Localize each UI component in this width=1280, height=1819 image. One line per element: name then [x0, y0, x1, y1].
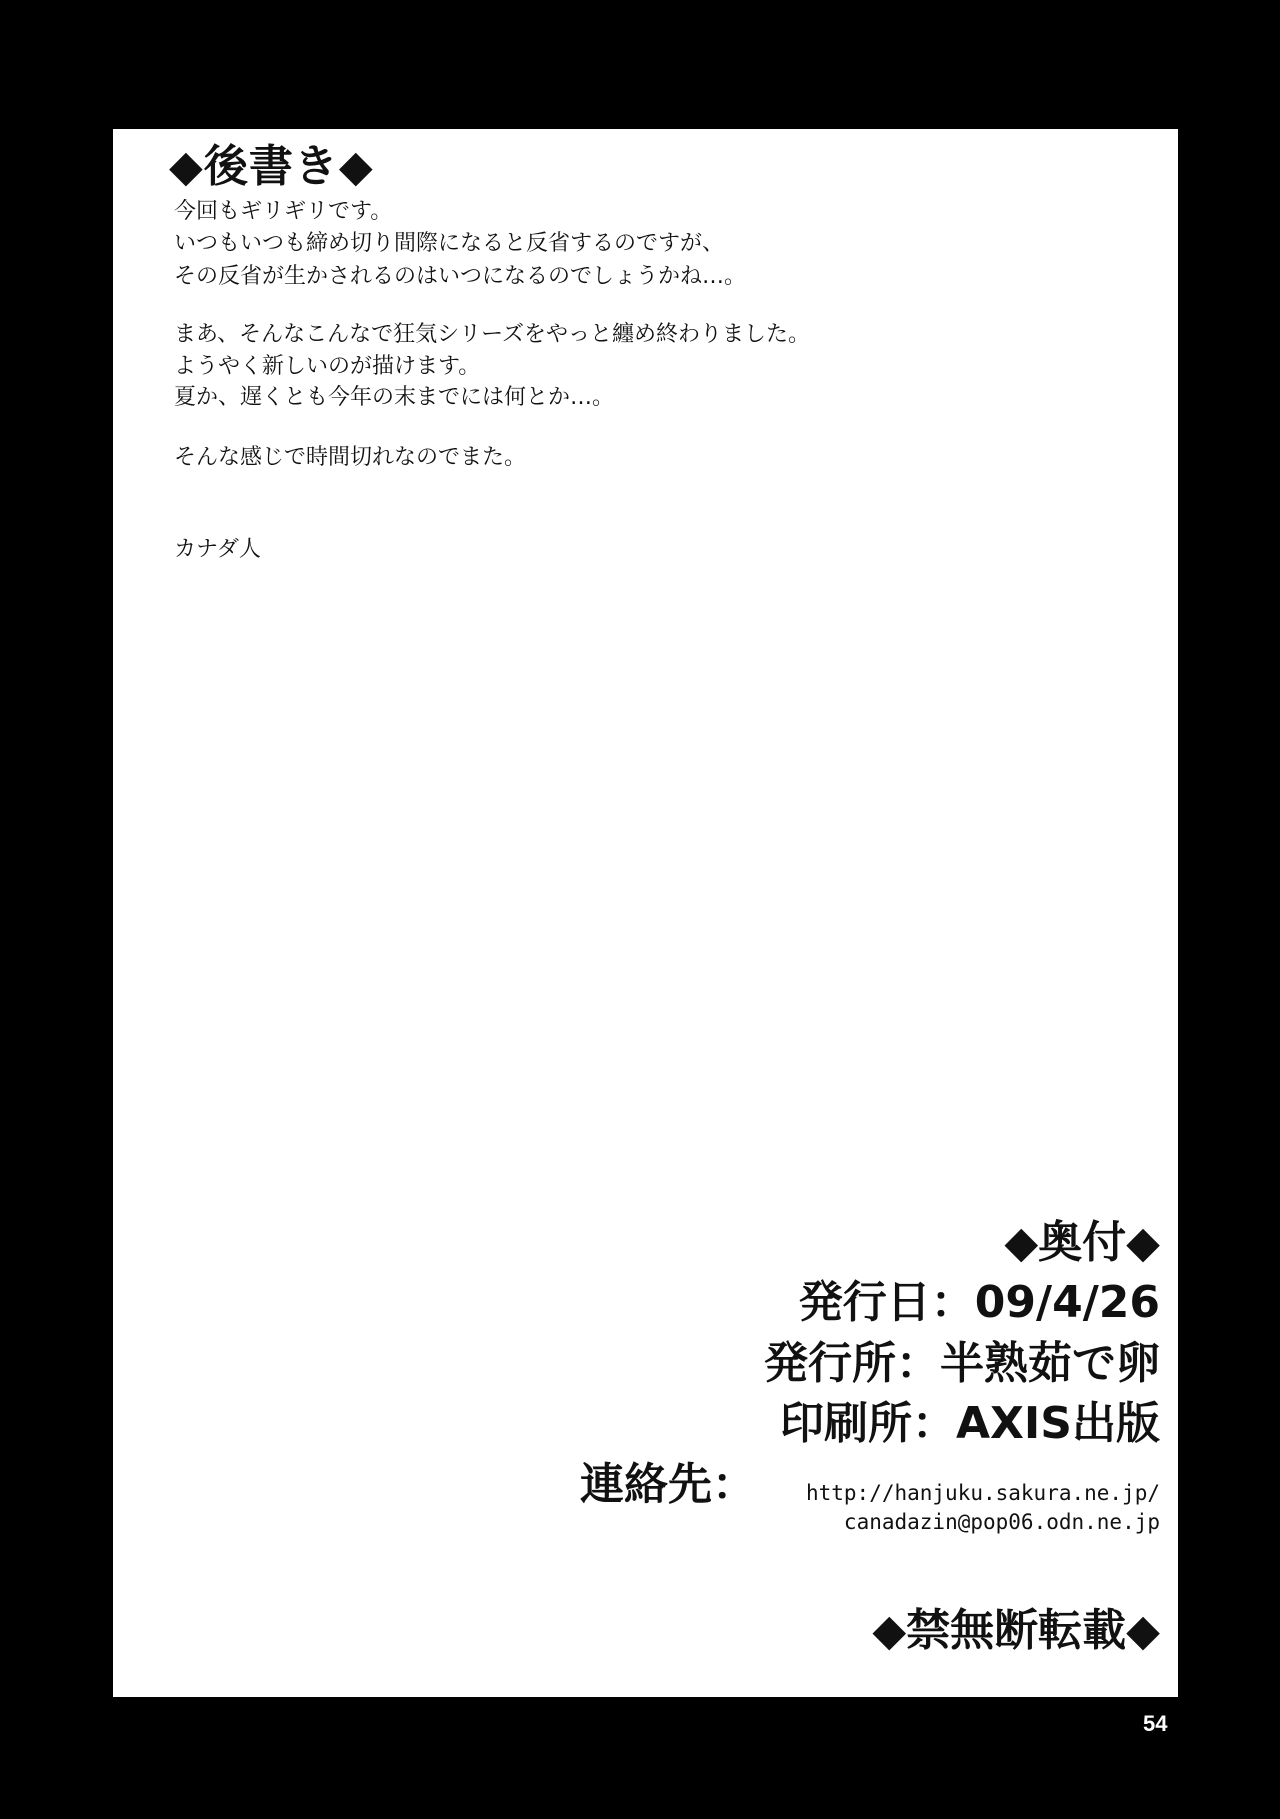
page-number: 54 — [1143, 1711, 1167, 1737]
contact-label: 連絡先： — [580, 1457, 756, 1513]
afterword-line: 夏か、遅くとも今年の末までには何とか…。 — [174, 384, 614, 412]
afterword-line: いつもいつも締め切り間際になると反省するのですが、 — [174, 230, 724, 258]
afterword-heading: ◆後書き◆ — [169, 139, 374, 195]
afterword-line: そんな感じで時間切れなのでまた。 — [174, 444, 526, 472]
contact-url[interactable]: http://hanjuku.sakura.ne.jp/ — [806, 1479, 1160, 1507]
afterword-line: ようやく新しいのが描けます。 — [174, 353, 480, 381]
printer: 印刷所：AXIS出版 — [780, 1396, 1160, 1452]
afterword-line: まあ、そんなこんなで狂気シリーズをやっと纏め終わりました。 — [174, 321, 810, 349]
issue-date: 発行日：09/4/26 — [799, 1275, 1160, 1331]
publisher: 発行所：半熟茹で卵 — [764, 1336, 1160, 1392]
no-reprint-notice: ◆禁無断転載◆ — [872, 1603, 1160, 1659]
page: ◆後書き◆ 今回もギリギリです。 いつもいつも締め切り間際になると反省するのです… — [113, 129, 1178, 1697]
contact-email[interactable]: canadazin@pop06.odn.ne.jp — [844, 1508, 1160, 1536]
colophon-heading: ◆奥付◆ — [1004, 1215, 1160, 1271]
afterword-line: その反省が生かされるのはいつになるのでしょうかね…。 — [174, 263, 746, 291]
afterword-line: 今回もギリギリです。 — [174, 198, 392, 226]
afterword-signature: カナダ人 — [174, 536, 261, 564]
